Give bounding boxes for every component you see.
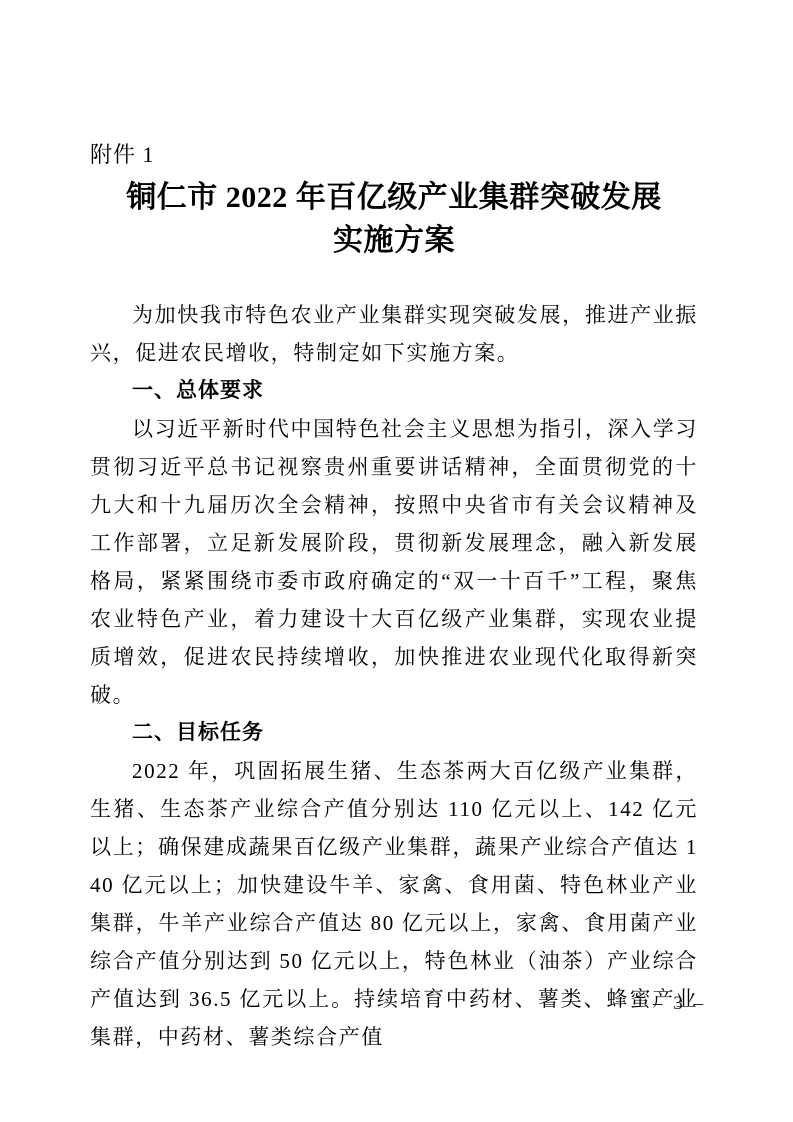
page-number: – 3 – [653, 992, 706, 1016]
document-title-line-1: 铜仁市 2022 年百亿级产业集群突破发展 [90, 176, 698, 219]
document-title: 铜仁市 2022 年百亿级产业集群突破发展 实施方案 [90, 176, 698, 262]
section-1-paragraph: 以习近平新时代中国特色社会主义思想为指引，深入学习贯彻习近平总书记视察贵州重要讲… [90, 410, 698, 714]
intro-paragraph: 为加快我市特色农业产业集群实现突破发展，推进产业振兴，促进农民增收，特制定如下实… [90, 296, 698, 372]
document-body: 为加快我市特色农业产业集群实现突破发展，推进产业振兴，促进农民增收，特制定如下实… [90, 296, 698, 1056]
document-page: 附件 1 铜仁市 2022 年百亿级产业集群突破发展 实施方案 为加快我市特色农… [0, 0, 793, 1122]
attachment-label: 附件 1 [90, 140, 155, 170]
section-heading-2: 二、目标任务 [90, 714, 698, 752]
document-title-line-2: 实施方案 [90, 219, 698, 262]
section-heading-1: 一、总体要求 [90, 372, 698, 410]
section-2-paragraph: 2022 年，巩固拓展生猪、生态茶两大百亿级产业集群，生猪、生态茶产业综合产值分… [90, 752, 698, 1056]
